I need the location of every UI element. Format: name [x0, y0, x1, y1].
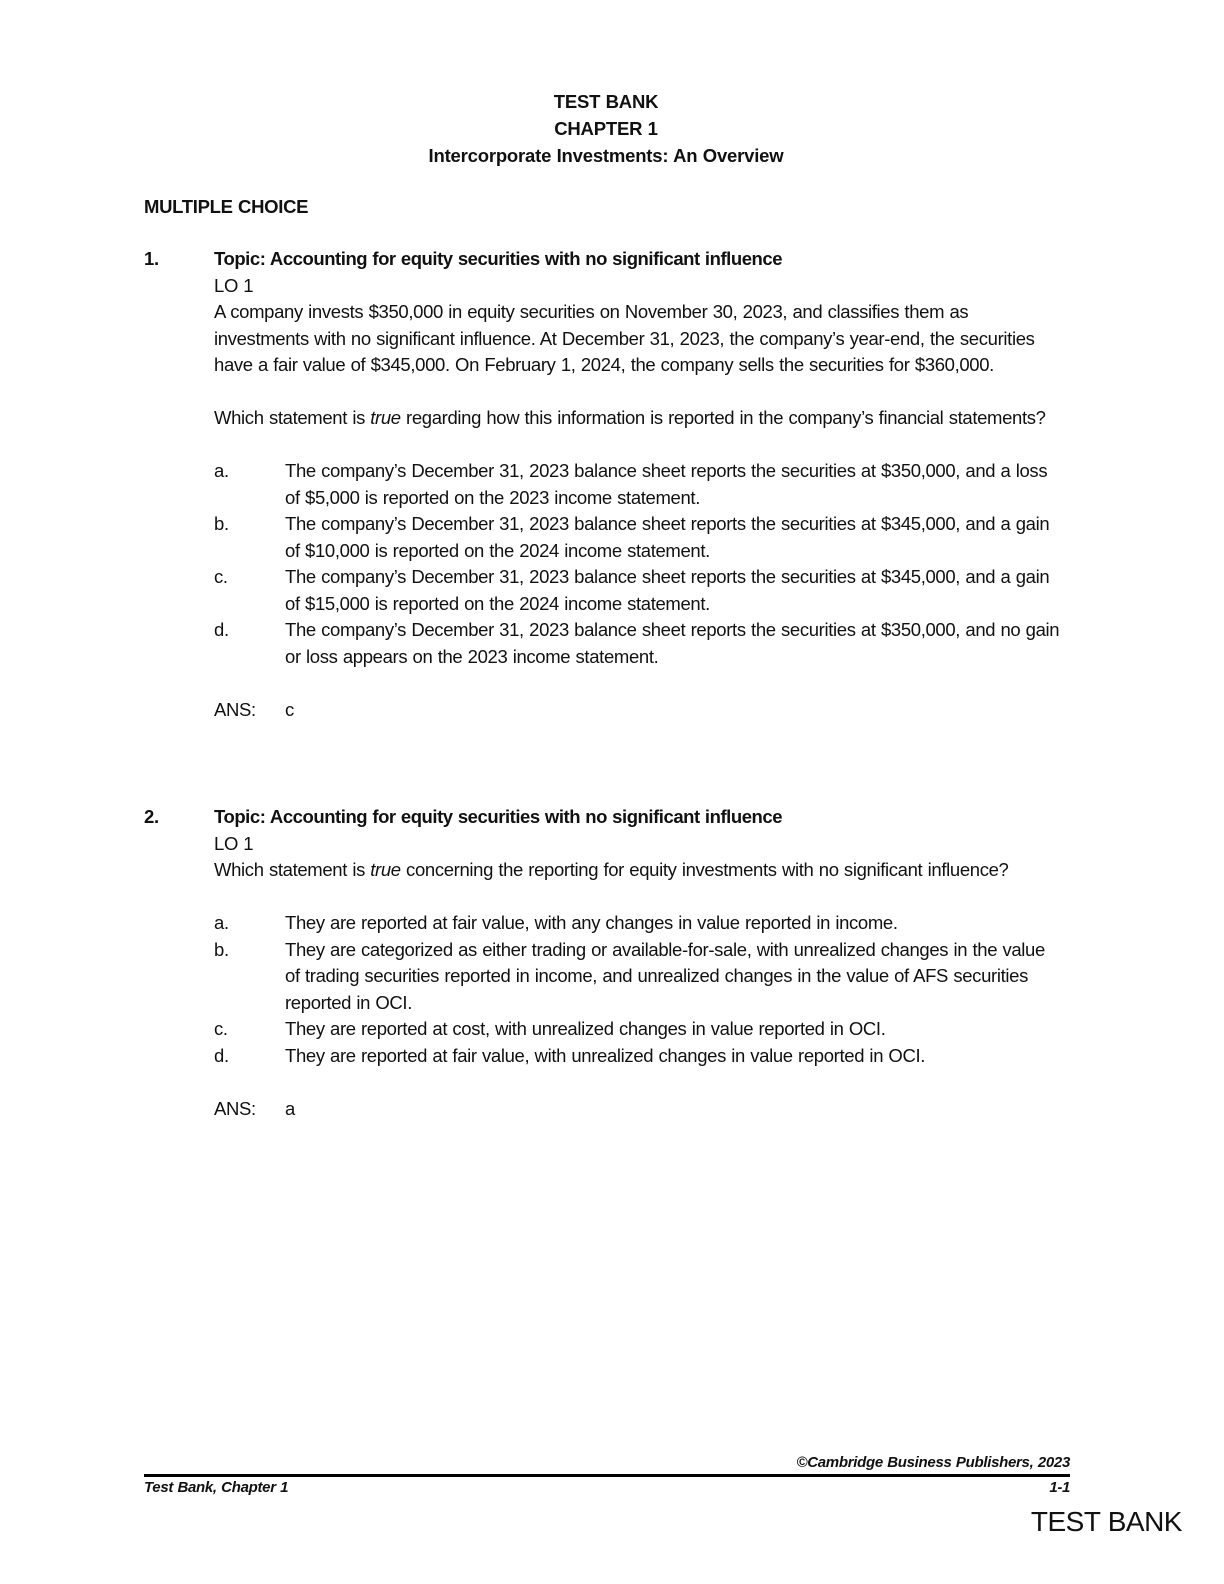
prompt-text: regarding how this information is report…: [401, 407, 1046, 428]
answer-row: ANS: c: [214, 697, 1064, 724]
option-text: They are reported at cost, with unrealiz…: [285, 1016, 1064, 1043]
option-letter: d.: [214, 617, 285, 644]
option-b: b. The company’s December 31, 2023 balan…: [214, 511, 1064, 564]
option-letter: b.: [214, 511, 285, 538]
option-a: a. They are reported at fair value, with…: [214, 910, 1064, 937]
footer-copyright: ©Cambridge Business Publishers, 2023: [796, 1454, 1070, 1471]
footer-page-number: 1-1: [1049, 1479, 1070, 1496]
answer-value: a: [285, 1096, 295, 1123]
option-letter: a.: [214, 910, 285, 937]
title-test-bank: TEST BANK: [0, 88, 1212, 115]
question-topic: Topic: Accounting for equity securities …: [214, 804, 1064, 831]
question-prompt: Which statement is true regarding how th…: [214, 405, 1064, 432]
option-text: The company’s December 31, 2023 balance …: [285, 617, 1064, 670]
answer-row: ANS: a: [214, 1096, 1064, 1123]
answer-label: ANS:: [214, 697, 285, 724]
question-topic: Topic: Accounting for equity securities …: [214, 246, 1064, 273]
option-text: The company’s December 31, 2023 balance …: [285, 458, 1064, 511]
learning-objective: LO 1: [214, 273, 1064, 300]
option-b: b. They are categorized as either tradin…: [214, 937, 1064, 1017]
document-page: TEST BANK CHAPTER 1 Intercorporate Inves…: [0, 0, 1224, 1584]
question-body: Topic: Accounting for equity securities …: [214, 246, 1064, 723]
option-letter: c.: [214, 564, 285, 591]
title-chapter: CHAPTER 1: [0, 115, 1212, 142]
option-text: The company’s December 31, 2023 balance …: [285, 511, 1064, 564]
option-text: They are reported at fair value, with un…: [285, 1043, 1064, 1070]
question-prompt: Which statement is true concerning the r…: [214, 857, 1064, 884]
answer-options: a. They are reported at fair value, with…: [214, 910, 1064, 1069]
prompt-text: Which statement is: [214, 407, 370, 428]
answer-label: ANS:: [214, 1096, 285, 1123]
prompt-text: concerning the reporting for equity inve…: [401, 859, 1009, 880]
learning-objective: LO 1: [214, 831, 1064, 858]
prompt-emphasis: true: [370, 407, 400, 428]
watermark-text: TEST BANK: [1031, 1506, 1182, 1538]
option-text: They are categorized as either trading o…: [285, 937, 1064, 1017]
answer-value: c: [285, 697, 294, 724]
option-a: a. The company’s December 31, 2023 balan…: [214, 458, 1064, 511]
option-c: c. They are reported at cost, with unrea…: [214, 1016, 1064, 1043]
option-letter: c.: [214, 1016, 285, 1043]
footer-divider: [144, 1474, 1070, 1477]
title-chapter-name: Intercorporate Investments: An Overview: [0, 142, 1212, 169]
option-letter: d.: [214, 1043, 285, 1070]
option-text: The company’s December 31, 2023 balance …: [285, 564, 1064, 617]
question-number: 2.: [144, 804, 159, 831]
question-number: 1.: [144, 246, 159, 273]
prompt-emphasis: true: [370, 859, 400, 880]
answer-options: a. The company’s December 31, 2023 balan…: [214, 458, 1064, 670]
prompt-text: Which statement is: [214, 859, 370, 880]
option-d: d. The company’s December 31, 2023 balan…: [214, 617, 1064, 670]
question-body: Topic: Accounting for equity securities …: [214, 804, 1064, 1122]
option-letter: b.: [214, 937, 285, 964]
option-c: c. The company’s December 31, 2023 balan…: [214, 564, 1064, 617]
option-text: They are reported at fair value, with an…: [285, 910, 1064, 937]
question-stem: A company invests $350,000 in equity sec…: [214, 299, 1064, 379]
section-heading: MULTIPLE CHOICE: [144, 194, 308, 220]
option-letter: a.: [214, 458, 285, 485]
document-title-block: TEST BANK CHAPTER 1 Intercorporate Inves…: [0, 88, 1212, 169]
footer-chapter-label: Test Bank, Chapter 1: [144, 1479, 288, 1496]
option-d: d. They are reported at fair value, with…: [214, 1043, 1064, 1070]
